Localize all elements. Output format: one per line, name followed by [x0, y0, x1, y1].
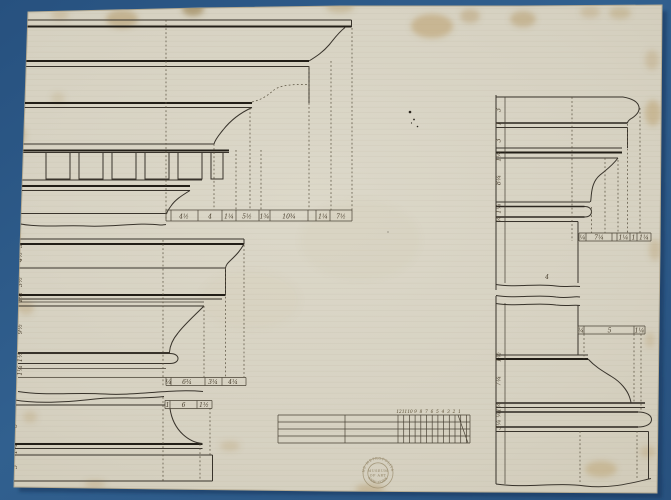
dim-label: 5½ — [242, 214, 252, 221]
left-dim-label: 8¼ — [496, 175, 503, 185]
left-dim-label: 1¼ — [496, 203, 503, 213]
left-dim-label: 7¼ — [496, 376, 503, 386]
dim-label: 1¼ — [619, 234, 629, 241]
tick-label: 8 — [420, 409, 423, 414]
dim-label: 7½ — [336, 214, 346, 221]
left-dim-label: 1¼ — [496, 151, 503, 161]
tick-label: 5 — [436, 409, 439, 414]
stamp-center-text-2: OF ART — [370, 474, 387, 478]
dim-label: ¼ — [578, 327, 584, 334]
dim-label: 6¾ — [182, 379, 192, 386]
dim-label: 4 — [207, 214, 212, 221]
left-dim-label: 1½ — [496, 352, 503, 362]
dim-label: 1 — [632, 234, 636, 241]
tick-label: 9 — [414, 409, 417, 414]
dim-label: 3¼ — [208, 379, 218, 386]
tick-label: 6 — [431, 409, 434, 414]
dim-label: 1¼ — [318, 214, 328, 221]
tick-label: 10 — [407, 409, 413, 414]
drawing-photo-canvas: 2⅓ 7½ ⅔ 7⅔ 6⅔ 1⅓ 6 4½ ⅓ 4½ 4 1¼ 5½ 1¾ 10… — [0, 0, 671, 500]
dim-label: 7¼ — [594, 234, 604, 241]
dim-label: 1¼ — [639, 234, 649, 241]
dim-label: ¼ — [580, 234, 586, 241]
dim-label: 6 — [182, 402, 186, 409]
tick-label: 4 — [441, 409, 445, 414]
dim-label: 4½ — [178, 214, 189, 221]
left-dim-label: 3 — [496, 108, 503, 112]
left-dim-label: 3¼ ¼ — [496, 411, 503, 429]
left-dim-label: 1¼ — [17, 365, 24, 375]
left-dim-label: ¼ — [496, 216, 503, 222]
dim-label: 1¼ — [224, 214, 234, 221]
dim-label: ¼ — [166, 379, 172, 386]
left-dim-label: 1½ — [17, 352, 24, 362]
left-dim-label: 1¼ — [496, 402, 503, 412]
tick-label: 3 — [447, 409, 450, 414]
tick-label: 2 — [452, 409, 456, 414]
dim-label: 5 — [608, 327, 612, 334]
dim-label: 1¾ — [260, 214, 270, 221]
dim-label: 1¼ — [635, 327, 645, 334]
stray-dim-label: 4 — [544, 274, 549, 281]
stamp-center-text-1: MUSEUM — [368, 469, 388, 473]
tick-label: 7 — [425, 409, 428, 414]
dim-label: 10¾ — [282, 214, 296, 221]
photographed-drawing: { "scene": { "description": "Ink drawing… — [0, 0, 671, 500]
dim-label: 1½ — [199, 402, 209, 409]
dim-label: 1 — [166, 402, 170, 409]
tick-label: 1 — [458, 409, 461, 414]
dim-label: 4¼ — [227, 379, 238, 386]
left-dim-label: 3 — [496, 138, 503, 142]
left-dim-label: 1 — [496, 121, 503, 125]
